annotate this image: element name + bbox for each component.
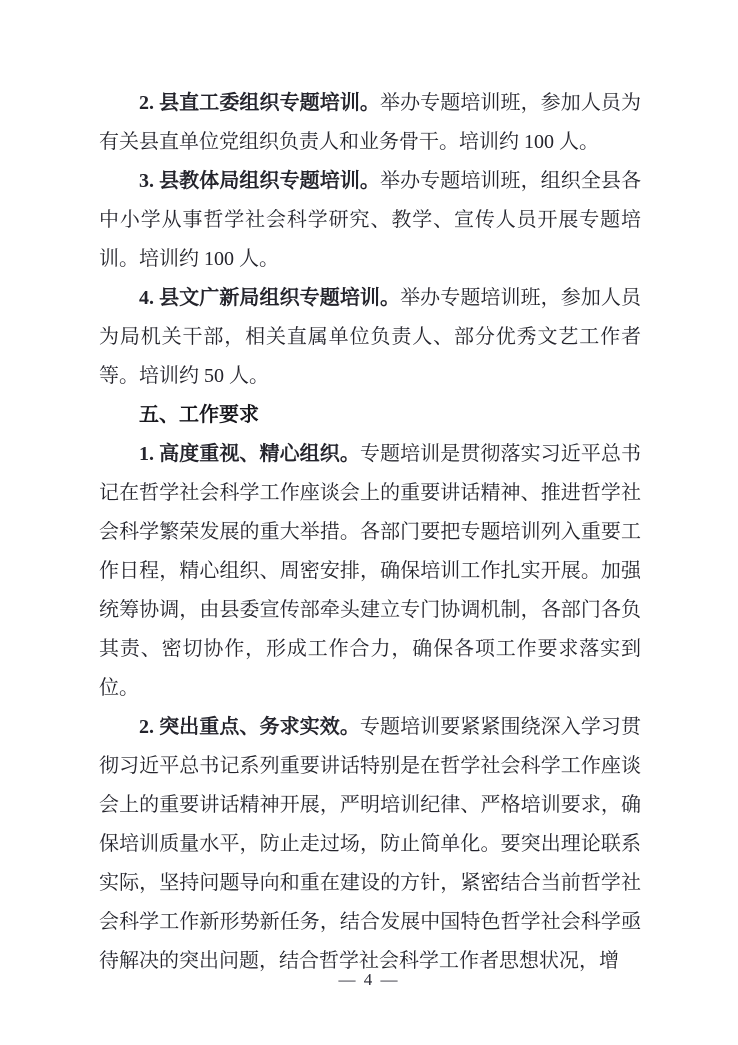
paragraph-text: 专题培训是贯彻落实习近平总书记在哲学社会科学工作座谈会上的重要讲话精神、推进哲学… — [99, 443, 641, 699]
paragraph-bold-lead: 1. 高度重视、精心组织。 — [139, 443, 360, 465]
paragraph-bold-lead: 4. 县文广新局组织专题培训。 — [139, 287, 400, 309]
paragraph-requirement-1: 1. 高度重视、精心组织。专题培训是贯彻落实习近平总书记在哲学社会科学工作座谈会… — [99, 435, 641, 708]
document-page: 2. 县直工委组织专题培训。举办专题培训班，参加人员为有关县直单位党组织负责人和… — [0, 0, 738, 1045]
paragraph-bold-lead: 2. 突出重点、务求实效。 — [139, 716, 360, 738]
paragraph-training-item-2: 2. 县直工委组织专题培训。举办专题培训班，参加人员为有关县直单位党组织负责人和… — [99, 84, 641, 162]
section-heading-work-requirements: 五、工作要求 — [99, 396, 641, 435]
paragraph-bold-lead: 3. 县教体局组织专题培训。 — [139, 170, 380, 192]
document-body: 2. 县直工委组织专题培训。举办专题培训班，参加人员为有关县直单位党组织负责人和… — [99, 84, 641, 981]
paragraph-bold-lead: 2. 县直工委组织专题培训。 — [139, 92, 380, 114]
paragraph-training-item-3: 3. 县教体局组织专题培训。举办专题培训班，组织全县各中小学从事哲学社会科学研究… — [99, 162, 641, 279]
paragraph-training-item-4: 4. 县文广新局组织专题培训。举办专题培训班，参加人员为局机关干部，相关直属单位… — [99, 279, 641, 396]
paragraph-text: 专题培训要紧紧围绕深入学习贯彻习近平总书记系列重要讲话特别是在哲学社会科学工作座… — [99, 716, 641, 972]
page-number: — 4 — — [0, 970, 738, 990]
paragraph-requirement-2: 2. 突出重点、务求实效。专题培训要紧紧围绕深入学习贯彻习近平总书记系列重要讲话… — [99, 708, 641, 981]
